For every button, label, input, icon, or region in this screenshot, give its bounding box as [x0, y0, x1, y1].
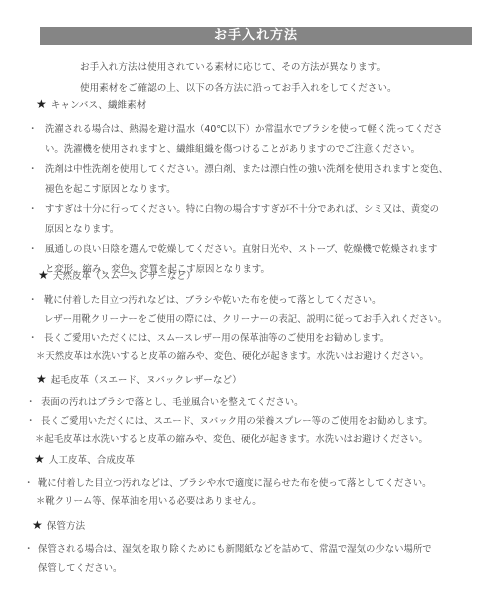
bullet-icon: ・: [28, 121, 37, 135]
note-line: ＊靴クリーム等、保革油を用いる必要はありません。: [36, 493, 262, 507]
star-icon: ★: [32, 518, 43, 532]
section-text-line: 原因となります。: [45, 221, 119, 235]
section-heading-natural-leather: ★天然皮革（スムースレザーなど）: [38, 268, 196, 282]
section-text-line: 洗濯される場合は、熱湯を避け温水（40℃以下）か常温水でブラシを使って軽く洗って…: [45, 121, 442, 135]
star-icon: ★: [36, 97, 47, 111]
section-text-line: 保管される場合は、湿気を取り除くためにも新聞紙などを詰めて、常温で湿気の少ない場…: [38, 541, 432, 555]
section-heading-canvas: ★キャンバス、繊維素材: [36, 97, 146, 111]
section-text-line: 靴に付着した目立つ汚れなどは、ブラシや乾いた布を使って落としてください。: [44, 292, 382, 306]
section-heading-storage: ★保管方法: [32, 518, 85, 532]
star-icon: ★: [38, 268, 49, 282]
section-text-line: 褪色を起こす原因となります。: [45, 181, 176, 195]
page-title: お手入れ方法: [40, 27, 472, 45]
section-text-line: 表面の汚れはブラシで落とし、毛並風合いを整えてください。: [41, 394, 304, 408]
star-icon: ★: [34, 452, 45, 466]
intro-line: 使用素材をご確認の上、以下の各方法に沿ってお手入れをしてください。: [80, 78, 397, 99]
section-text-line: い。洗濯機を使用されますと、繊維組織を傷つけることがありますのでご注意ください。: [45, 141, 420, 155]
section-text-line: 長くご愛用いただくには、スエード、ヌバック用の栄養スプレー等のご使用をお勧めしま…: [41, 413, 433, 427]
bullet-icon: ・: [28, 161, 37, 175]
intro-line: お手入れ方法は使用されている素材に応じて、その方法が異なります。: [80, 57, 397, 78]
bullet-icon: ・: [28, 292, 37, 306]
section-text-line: 保管してください。: [38, 560, 122, 574]
bullet-icon: ・: [28, 201, 37, 215]
note-line: ＊起毛皮革は水洗いすると皮革の縮みや、変色、硬化が起きます。水洗いはお避けくださ…: [35, 431, 428, 445]
intro-text: お手入れ方法は使用されている素材に応じて、その方法が異なります。 使用素材をご確…: [80, 57, 397, 99]
section-text-line: 風通しの良い日陰を選んで乾燥してください。直射日光や、ストーブ、乾燥機で乾燥され…: [45, 241, 437, 255]
section-heading-artificial-leather: ★人工皮革、合成皮革: [34, 452, 135, 466]
star-icon: ★: [36, 372, 47, 386]
bullet-icon: ・: [24, 475, 33, 489]
section-heading-brushed-leather: ★起毛皮革（スエード、ヌバックレザーなど）: [36, 372, 242, 386]
section-text-line: レザー用靴クリーナーをご使用の際には、クリーナーの表記、説明に従ってお手入れくだ…: [44, 311, 447, 325]
section-text-line: すすぎは十分に行ってください。特に白物の場合すすぎが不十分であれば、シミ又は、黄…: [45, 201, 439, 215]
bullet-icon: ・: [26, 394, 35, 408]
bullet-icon: ・: [28, 241, 37, 255]
section-text-line: 洗剤は中性洗剤を使用してください。漂白剤、または漂白性の強い洗剤を使用されますと…: [45, 161, 448, 175]
bullet-icon: ・: [28, 330, 37, 344]
note-line: ＊天然皮革は水洗いすると皮革の縮みや、変色、硬化が起きます。水洗いはお避けくださ…: [36, 348, 429, 362]
section-text-line: 長くご愛用いただくには、スムースレザー用の保革油等のご使用をお勧めします。: [44, 330, 389, 344]
section-text-line: 靴に付着した目立つ汚れなどは、ブラシや水で適度に湿らせた布を使って落としてくださ…: [38, 475, 431, 489]
bullet-icon: ・: [24, 541, 33, 555]
bullet-icon: ・: [26, 413, 35, 427]
